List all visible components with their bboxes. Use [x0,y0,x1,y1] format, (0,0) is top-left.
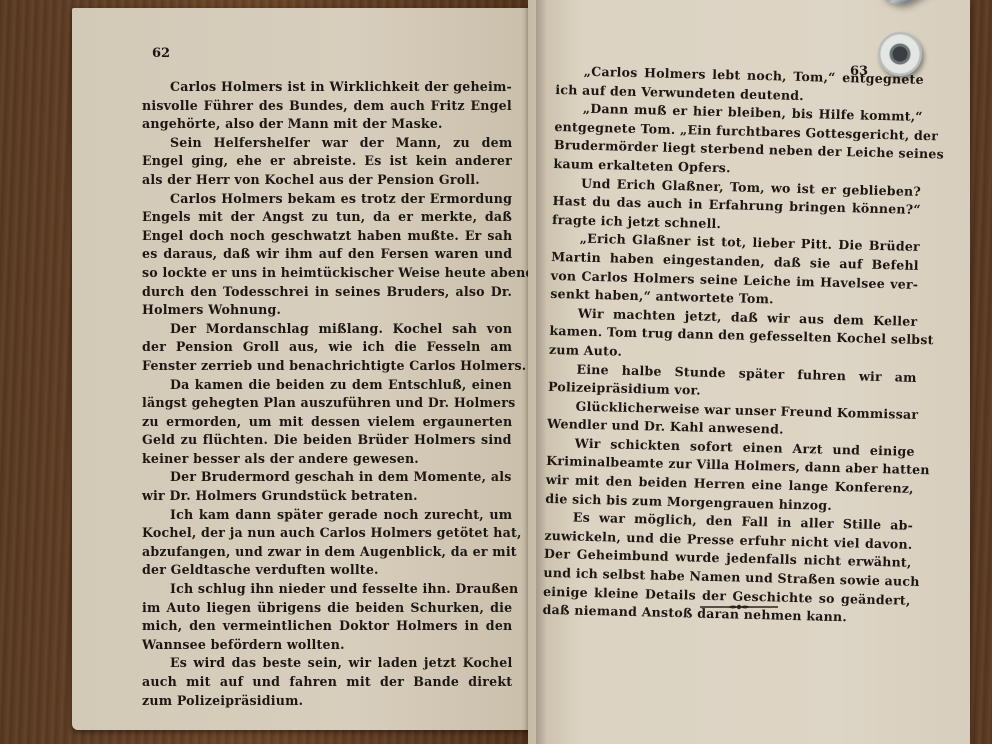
paragraph: Da kamen die beiden zu dem Entschluß, ei… [142,376,512,469]
text-line: Geld zu flüchten. Die beiden Brüder Holm… [142,431,512,450]
text-line: längst gehegten Plan auszuführen und Dr.… [142,394,512,413]
text-line: der Pension Groll aus, wie ich die Fesse… [142,338,512,357]
end-ornament-icon [700,604,778,610]
text-line: Ich schlug ihn nieder und fesselte ihn. … [142,580,512,599]
paragraph: Carlos Holmers bekam es trotz der Ermord… [142,190,512,320]
text-line: zu ermorden, um mit dessen vielem ergaun… [142,413,512,432]
text-line: Wannsee befördern wollten. [142,636,512,655]
text-line: abzufangen, und zwar in dem Augenblick, … [142,543,512,562]
left-page: 62 Carlos Holmers ist in Wirklichkeit de… [72,8,542,730]
paragraph: Wir schickten sofort einen Arzt und eini… [545,434,915,517]
text-line: der Geldtasche verduften wollte. [142,561,512,580]
text-line: so lockte er uns in heimtückischer Weise… [142,264,512,283]
text-line: Sein Helfershelfer war der Mann, zu dem [142,134,512,153]
right-page: 63 „Carlos Holmers lebt noch, Tom,“ entg… [528,0,970,744]
right-page-text: „Carlos Holmers lebt noch, Tom,“ entgegn… [542,62,924,629]
paragraph: Der Brudermord geschah in dem Momente, a… [142,468,512,505]
text-line: Holmers Wohnung. [142,301,512,320]
text-line: Carlos Holmers ist in Wirklichkeit der g… [142,78,512,97]
text-line: im Auto liegen übrigens die beiden Schur… [142,599,512,618]
paragraph: Und Erich Glaßner, Tom, wo ist er geblie… [552,174,921,239]
left-page-text: Carlos Holmers ist in Wirklichkeit der g… [142,78,512,710]
text-line: durch den Todesschrei in seines Bruders,… [142,283,512,302]
paragraph: Es war möglich, den Fall in aller Stille… [542,508,913,629]
text-line: Fenster zerrieb und benachrichtigte Carl… [142,357,512,376]
paragraph: Ich schlug ihn nieder und fesselte ihn. … [142,580,512,654]
page-number: 62 [152,46,170,61]
text-line: als der Herr von Kochel aus der Pension … [142,171,512,190]
paragraph: Der Mordanschlag mißlang. Kochel sah von… [142,320,512,376]
text-line: Engel ging, ehe er abreiste. Es ist kein… [142,152,512,171]
paragraph: „Dann muß er hier bleiben, bis Hilfe kom… [553,99,923,182]
text-line: auch mit auf und fahren mit der Bande di… [142,673,512,692]
text-line: Engel doch noch geschwatzt haben mußte. … [142,227,512,246]
pen-end-cap [878,32,922,76]
paragraph: Wir machten jetzt, daß wir aus dem Kelle… [549,304,918,369]
text-line: nisvolle Führer des Bundes, dem auch Fri… [142,97,512,116]
text-line: Da kamen die beiden zu dem Entschluß, ei… [142,376,512,395]
paragraph: Carlos Holmers ist in Wirklichkeit der g… [142,78,512,134]
text-line: mich, den vermeintlichen Doktor Holmers … [142,617,512,636]
text-line: Carlos Holmers bekam es trotz der Ermord… [142,190,512,209]
text-line: keiner besser als der andere gewesen. [142,450,512,469]
text-line: zum Polizeipräsidium. [142,692,512,711]
text-line: wir Dr. Holmers Grundstück betraten. [142,487,512,506]
text-line: Der Brudermord geschah in dem Momente, a… [142,468,512,487]
text-line: Ich kam dann später gerade noch zurecht,… [142,506,512,525]
text-line: Kochel, der ja nun auch Carlos Holmers g… [142,524,512,543]
text-line: Es wird das beste sein, wir laden jetzt … [142,654,512,673]
paragraph: Sein Helfershelfer war der Mann, zu demE… [142,134,512,190]
text-line: Engels mit der Angst zu tun, da er merkt… [142,208,512,227]
text-line: es daraus, daß wir ihm auf den Fersen wa… [142,245,512,264]
text-line: angehörte, also der Mann mit der Maske. [142,115,512,134]
paragraph: „Erich Glaßner ist tot, lieber Pitt. Die… [550,229,920,312]
text-line: Der Mordanschlag mißlang. Kochel sah von [142,320,512,339]
paragraph: Ich kam dann später gerade noch zurecht,… [142,506,512,580]
book-gutter [536,0,546,744]
paragraph: Es wird das beste sein, wir laden jetzt … [142,654,512,710]
